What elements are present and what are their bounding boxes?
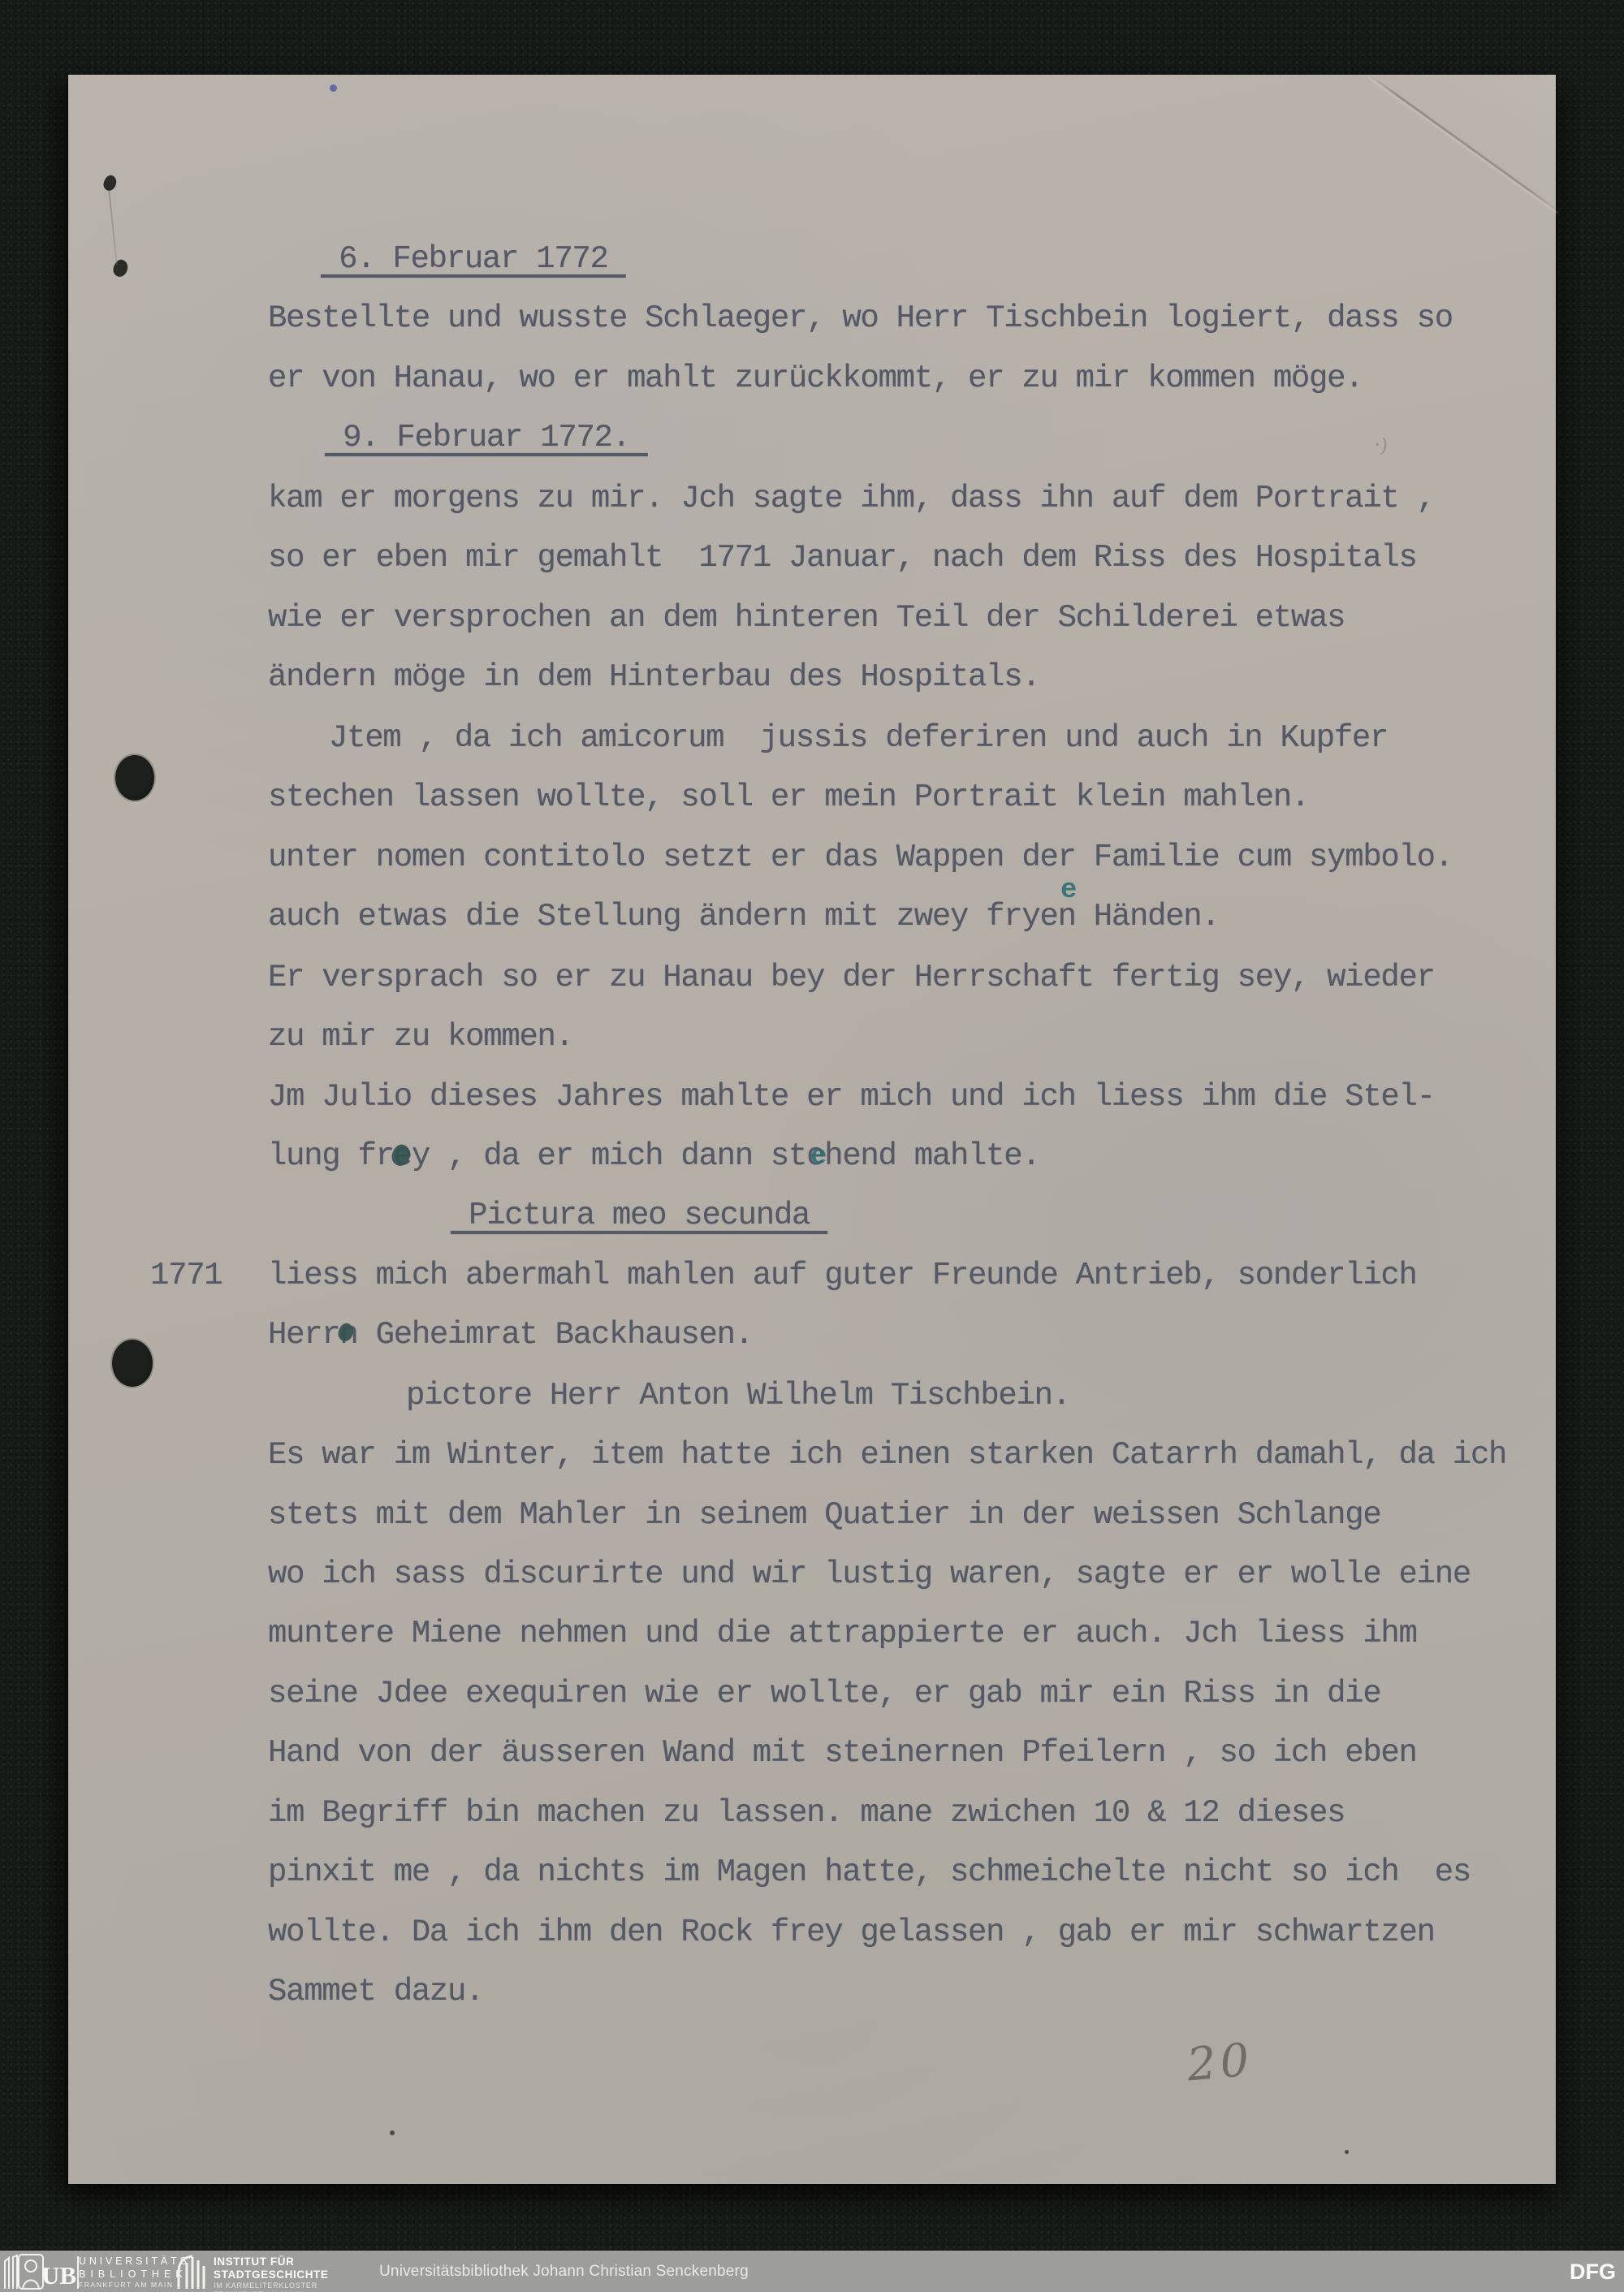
typed-text-line: stechen lassen wollte, soll er mein Port… (268, 782, 1309, 814)
ink-correction: e (810, 1142, 827, 1172)
typed-text-line: Sammet dazu. (268, 1976, 483, 2008)
footer-bar: UB UNIVERSITÄTS BIBLIOTHEK FRANKFURT AM … (0, 2251, 1624, 2292)
ub-line-1: UNIVERSITÄTS (79, 2256, 190, 2267)
typed-text-line: liess mich abermahl mahlen auf guter Fre… (268, 1260, 1417, 1292)
scratch (108, 190, 118, 265)
typed-text-line: seine Jdee exequiren wie er wollte, er g… (268, 1678, 1380, 1710)
scan-background: 6. Februar 1772 Bestellte und wusste Sch… (0, 0, 1624, 2292)
typed-text-line: ändern möge in dem Hinterbau des Hospita… (268, 662, 1039, 693)
institut-line-1: INSTITUT FÜR (214, 2256, 329, 2268)
typed-text-line: pinxit me , da nichts im Magen hatte, sc… (268, 1857, 1471, 1888)
institut-stadtgeschichte-name: INSTITUT FÜR STADTGESCHICHTE IM KARMELIT… (214, 2255, 329, 2292)
institut-line-2: STADTGESCHICHTE (214, 2269, 329, 2281)
typed-text-line: im Begriff bin machen zu lassen. mane zw… (268, 1798, 1345, 1829)
ink-dot (330, 84, 337, 92)
typed-heading-line: 9. Februar 1772. (325, 422, 648, 454)
document-page: 6. Februar 1772 Bestellte und wusste Sch… (68, 75, 1556, 2184)
typed-text-line: zu mir zu kommen. (268, 1021, 573, 1053)
pencil-mark: ·) (1372, 433, 1408, 461)
typed-text-line: so er eben mir gemahlt 1771 Januar, nach… (268, 542, 1417, 574)
typed-text-line: Jtem , da ich amicorum jussis deferiren … (329, 723, 1388, 754)
ub-line-3: FRANKFURT AM MAIN (79, 2281, 190, 2289)
typed-heading-line: Pictura meo secunda (451, 1200, 827, 1232)
typed-text-line: 1771 (150, 1260, 222, 1292)
ub-library-logo-icon: UB (3, 2252, 81, 2291)
typed-text-line: Es war im Winter, item hatte ich einen s… (268, 1440, 1506, 1471)
typed-text-line: Er versprach so er zu Hanau bey der Herr… (268, 962, 1435, 994)
institut-line-3: IM KARMELITERKLOSTER (214, 2282, 329, 2290)
speck (390, 2130, 395, 2135)
typed-text-line: er von Hanau, wo er mahlt zurückkommt, e… (268, 363, 1363, 395)
ink-correction: e (1060, 875, 1077, 906)
typed-text-line: Bestellte und wusste Schlaeger, wo Herr … (268, 303, 1453, 335)
staple-mark (110, 257, 131, 279)
typed-text-line: kam er morgens zu mir. Jch sagte ihm, da… (268, 483, 1435, 515)
typed-text-line: pictore Herr Anton Wilhelm Tischbein. (406, 1380, 1070, 1412)
ub-library-name: UNIVERSITÄTS BIBLIOTHEK FRANKFURT AM MAI… (79, 2256, 190, 2289)
typed-heading-line: 6. Februar 1772 (321, 244, 626, 275)
typed-text-line: Jm Julio dieses Jahres mahlte er mich un… (268, 1081, 1435, 1113)
staple-mark (101, 174, 119, 193)
punch-hole (115, 755, 154, 801)
typed-text-line: unter nomen contitolo setzt er das Wappe… (268, 842, 1453, 874)
typed-text-line: wie er versprochen an dem hinteren Teil … (268, 602, 1345, 634)
typed-text-line: stets mit dem Mahler in seinem Quatier i… (268, 1500, 1380, 1531)
speck (1345, 2150, 1349, 2154)
typed-text-line: lung frey , da er mich dann stehend mahl… (268, 1141, 1039, 1172)
typed-text-line: wo ich sass discurirte und wir lustig wa… (268, 1559, 1471, 1591)
punch-hole (112, 1340, 153, 1387)
typed-text-line: muntere Miene nehmen und die attrappiert… (268, 1618, 1417, 1650)
library-name-label: Universitätsbibliothek Johann Christian … (379, 2263, 749, 2281)
ub-line-2: BIBLIOTHEK (79, 2269, 190, 2280)
handwritten-page-number: 20 (1185, 2034, 1255, 2092)
typed-text-line: Hand von der äusseren Wand mit steinerne… (268, 1737, 1417, 1769)
typed-text-line: wollte. Da ich ihm den Rock frey gelasse… (268, 1917, 1435, 1949)
dfg-logo: DFG (1570, 2260, 1616, 2285)
svg-text:UB: UB (41, 2261, 76, 2290)
stadtgeschichte-arch-icon (176, 2255, 209, 2289)
